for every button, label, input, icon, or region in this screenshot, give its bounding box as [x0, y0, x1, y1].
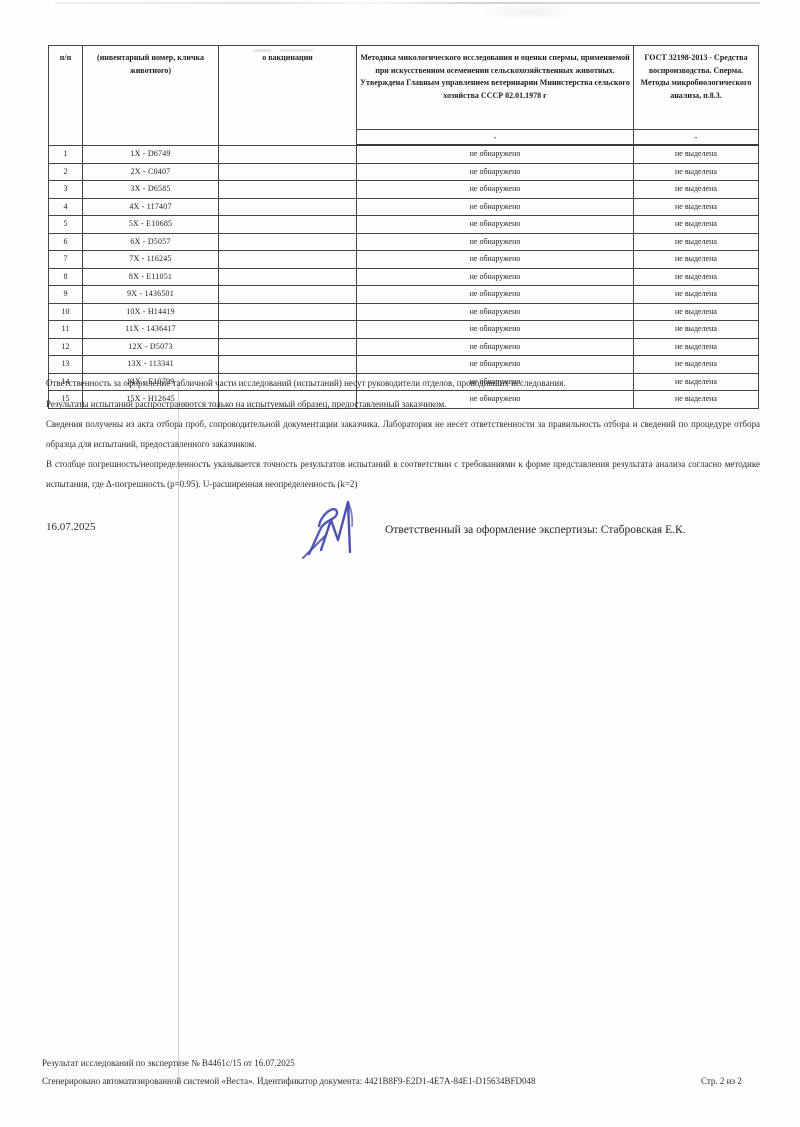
gost-result: не выделена	[634, 338, 759, 356]
responsible-person-label: Ответственный за оформление экспертизы: …	[385, 524, 686, 536]
subheader-gost-dash: -	[634, 130, 759, 146]
table-row: 44X - 117407не обнаруженоне выделена	[49, 198, 759, 216]
table-row: 1111X - 1436417не обнаруженоне выделена	[49, 321, 759, 339]
table-row: 88X - E11051не обнаруженоне выделена	[49, 268, 759, 286]
subheader-method-dash: -	[357, 130, 634, 146]
table-row: 33X - D6585не обнаруженоне выделена	[49, 181, 759, 199]
header-gost: ГОСТ 32198-2013 - Средства воспроизводст…	[634, 46, 759, 130]
footer-generated-by: Сгенерировано автоматизированной системо…	[42, 1076, 536, 1086]
row-number: 10	[49, 303, 83, 321]
table-row: 1313X - 113341не обнаруженоне выделена	[49, 356, 759, 374]
gost-result: не выделена	[634, 251, 759, 269]
row-number: 3	[49, 181, 83, 199]
row-number: 1	[49, 145, 83, 163]
header-animal-id: (инвентарный номер, кличка животного)	[83, 46, 219, 146]
animal-id: 3X - D6585	[83, 181, 219, 199]
table-row: 1212X - D5073не обнаруженоне выделена	[49, 338, 759, 356]
vaccination-info	[219, 303, 357, 321]
row-number: 9	[49, 286, 83, 304]
gost-result: не выделена	[634, 233, 759, 251]
animal-id: 12X - D5073	[83, 338, 219, 356]
table-row: 1010X - H14419не обнаруженоне выделена	[49, 303, 759, 321]
table-row: 55X - E10685не обнаруженоне выделена	[49, 216, 759, 234]
animal-id: 8X - E11051	[83, 268, 219, 286]
animal-id: 4X - 117407	[83, 198, 219, 216]
row-number: 6	[49, 233, 83, 251]
method-result: не обнаружено	[357, 268, 634, 286]
gost-result: не выделена	[634, 163, 759, 181]
animal-id: 13X - 113341	[83, 356, 219, 374]
vaccination-info	[219, 181, 357, 199]
method-result: не обнаружено	[357, 145, 634, 163]
results-table-head: п/п (инвентарный номер, кличка животного…	[49, 46, 759, 146]
row-number: 4	[49, 198, 83, 216]
method-result: не обнаружено	[357, 286, 634, 304]
animal-id: 6X - D5057	[83, 233, 219, 251]
gost-result: не выделена	[634, 303, 759, 321]
row-number: 12	[49, 338, 83, 356]
table-row: 66X - D5057не обнаруженоне выделена	[49, 233, 759, 251]
vaccination-info	[219, 356, 357, 374]
animal-id: 2X - C0407	[83, 163, 219, 181]
note-uncertainty: В столбце погрешность/неопределенность у…	[46, 455, 760, 494]
animal-id: 5X - E10685	[83, 216, 219, 234]
method-result: не обнаружено	[357, 163, 634, 181]
scan-artifact-top-line	[55, 2, 760, 4]
animal-id: 1X - D6749	[83, 145, 219, 163]
gost-result: не выделена	[634, 198, 759, 216]
animal-id: 11X - 1436417	[83, 321, 219, 339]
table-row: 11X - D6749не обнаруженоне выделена	[49, 145, 759, 163]
note-sample-scope: Результаты испытаний распространяются то…	[46, 395, 760, 415]
table-row: 99X - 1436501не обнаруженоне выделена	[49, 286, 759, 304]
method-result: не обнаружено	[357, 321, 634, 339]
vaccination-info	[219, 321, 357, 339]
handwritten-signature	[295, 492, 373, 566]
gost-result: не выделена	[634, 216, 759, 234]
gost-result: не выделена	[634, 145, 759, 163]
method-result: не обнаружено	[357, 233, 634, 251]
gost-result: не выделена	[634, 181, 759, 199]
vaccination-info	[219, 233, 357, 251]
method-result: не обнаружено	[357, 303, 634, 321]
gost-result: не выделена	[634, 286, 759, 304]
method-result: не обнаружено	[357, 251, 634, 269]
footer-expertise-reference: Результат исследований по экспертизе № В…	[42, 1058, 295, 1068]
results-table-container: п/п (инвентарный номер, кличка животного…	[48, 45, 758, 409]
results-table-body: 11X - D6749не обнаруженоне выделена22X -…	[49, 145, 759, 408]
table-row: 22X - C0407не обнаруженоне выделена	[49, 163, 759, 181]
row-number: 8	[49, 268, 83, 286]
row-number: 13	[49, 356, 83, 374]
vaccination-info	[219, 251, 357, 269]
row-number: 5	[49, 216, 83, 234]
method-result: не обнаружено	[357, 338, 634, 356]
animal-id: 9X - 1436501	[83, 286, 219, 304]
note-responsibility: Ответственность за оформление табличной …	[46, 374, 760, 394]
note-sampling-info: Сведения получены из акта отбора проб, с…	[46, 415, 760, 454]
method-result: не обнаружено	[357, 216, 634, 234]
vaccination-info	[219, 338, 357, 356]
method-result: не обнаружено	[357, 356, 634, 374]
gost-result: не выделена	[634, 268, 759, 286]
header-row-number: п/п	[49, 46, 83, 146]
method-result: не обнаружено	[357, 198, 634, 216]
header-vaccination: о вакцинации	[219, 46, 357, 146]
results-table: п/п (инвентарный номер, кличка животного…	[48, 45, 759, 409]
row-number: 7	[49, 251, 83, 269]
animal-id: 7X - 116245	[83, 251, 219, 269]
vaccination-info	[219, 268, 357, 286]
vaccination-info	[219, 198, 357, 216]
scanned-document-page: п/п (инвентарный номер, кличка животного…	[0, 0, 800, 1127]
animal-id: 10X - H14419	[83, 303, 219, 321]
vaccination-info	[219, 286, 357, 304]
table-header-row: п/п (инвентарный номер, кличка животного…	[49, 46, 759, 130]
vaccination-info	[219, 145, 357, 163]
vaccination-info	[219, 216, 357, 234]
row-number: 2	[49, 163, 83, 181]
notes-block: Ответственность за оформление табличной …	[46, 374, 760, 495]
method-result: не обнаружено	[357, 181, 634, 199]
row-number: 11	[49, 321, 83, 339]
gost-result: не выделена	[634, 356, 759, 374]
vaccination-info	[219, 163, 357, 181]
scan-artifact-smudge	[480, 4, 580, 20]
table-row: 77X - 116245не обнаруженоне выделена	[49, 251, 759, 269]
header-method: Методика микологического исследования и …	[357, 46, 634, 130]
expertise-date: 16.07.2025	[46, 521, 96, 533]
footer-page-indicator: Стр. 2 из 2	[701, 1076, 742, 1086]
gost-result: не выделена	[634, 321, 759, 339]
